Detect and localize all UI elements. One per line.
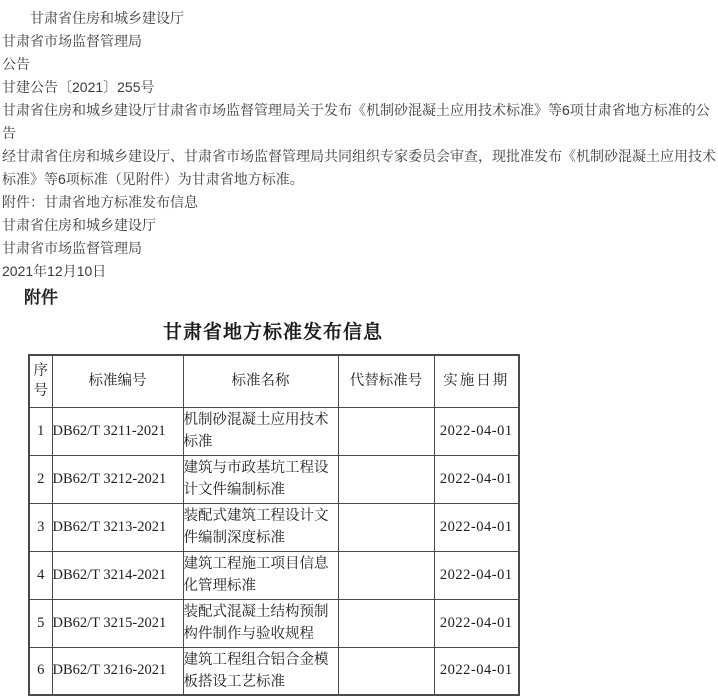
col-header-name: 标准名称 [183, 355, 338, 407]
issuer-line-1: 甘肃省住房和城乡建设厅 [2, 7, 716, 30]
cell-code: DB62/T 3213-2021 [52, 503, 183, 551]
table-row-4: 4 DB62/T 3214-2021 建筑工程施工项目信息化管理标准 2022-… [29, 551, 519, 599]
cell-seq: 2 [29, 455, 52, 503]
notice-date: 2021年12月10日 [2, 260, 716, 283]
cell-date: 2022-04-01 [434, 647, 519, 695]
table-row-1: 1 DB62/T 3211-2021 机制砂混凝土应用技术标准 2022-04-… [29, 407, 519, 455]
cell-replaces [338, 455, 434, 503]
cell-seq: 4 [29, 551, 52, 599]
cell-code: DB62/T 3212-2021 [52, 455, 183, 503]
col-header-date: 实施日期 [434, 355, 519, 407]
cell-code: DB62/T 3215-2021 [52, 599, 183, 647]
cell-name: 装配式混凝土结构预制构件制作与验收规程 [183, 599, 338, 647]
cell-name: 装配式建筑工程设计文件编制深度标准 [183, 503, 338, 551]
col-header-seq: 序号 [29, 355, 52, 407]
table-row-5: 5 DB62/T 3215-2021 装配式混凝土结构预制构件制作与验收规程 2… [29, 599, 519, 647]
cell-date: 2022-04-01 [434, 599, 519, 647]
table-row-2: 2 DB62/T 3212-2021 建筑与市政基坑工程设计文件编制标准 202… [29, 455, 519, 503]
signature-line-1: 甘肃省住房和城乡建设厅 [2, 214, 716, 237]
notice-number: 甘建公告〔2021〕255号 [2, 76, 716, 99]
cell-date: 2022-04-01 [434, 503, 519, 551]
notice-title: 甘肃省住房和城乡建设厅甘肃省市场监督管理局关于发布《机制砂混凝土应用技术标准》等… [2, 99, 716, 145]
col-header-code: 标准编号 [52, 355, 183, 407]
table-row-3: 3 DB62/T 3213-2021 装配式建筑工程设计文件编制深度标准 202… [29, 503, 519, 551]
cell-name: 建筑工程组合铝合金模板搭设工艺标准 [183, 647, 338, 695]
cell-name: 建筑与市政基坑工程设计文件编制标准 [183, 455, 338, 503]
notice-body: 经甘肃省住房和城乡建设厅、甘肃省市场监督管理局共同组织专家委员会审查，现批准发布… [2, 145, 716, 191]
cell-date: 2022-04-01 [434, 407, 519, 455]
issuer-line-2: 甘肃省市场监督管理局 [2, 30, 716, 53]
table-row-6: 6 DB62/T 3216-2021 建筑工程组合铝合金模板搭设工艺标准 202… [29, 647, 519, 695]
cell-name: 机制砂混凝土应用技术标准 [183, 407, 338, 455]
notice-type: 公告 [2, 53, 716, 76]
col-header-replaces: 代替标准号 [338, 355, 434, 407]
cell-replaces [338, 647, 434, 695]
cell-seq: 1 [29, 407, 52, 455]
table-title: 甘肃省地方标准发布信息 [28, 321, 518, 345]
annex-heading: 附件 [24, 288, 718, 308]
standards-table-area: 甘肃省地方标准发布信息 序号 标准编号 标准名称 代替标准号 实施日期 1 DB… [28, 321, 518, 696]
signature-line-2: 甘肃省市场监督管理局 [2, 237, 716, 260]
cell-code: DB62/T 3211-2021 [52, 407, 183, 455]
standards-table: 序号 标准编号 标准名称 代替标准号 实施日期 1 DB62/T 3211-20… [28, 354, 520, 696]
cell-date: 2022-04-01 [434, 455, 519, 503]
cell-code: DB62/T 3214-2021 [52, 551, 183, 599]
cell-code: DB62/T 3216-2021 [52, 647, 183, 695]
cell-name: 建筑工程施工项目信息化管理标准 [183, 551, 338, 599]
cell-replaces [338, 503, 434, 551]
cell-replaces [338, 599, 434, 647]
table-header-row: 序号 标准编号 标准名称 代替标准号 实施日期 [29, 355, 519, 407]
cell-seq: 5 [29, 599, 52, 647]
cell-replaces [338, 407, 434, 455]
cell-seq: 6 [29, 647, 52, 695]
announcement-document: 甘肃省住房和城乡建设厅 甘肃省市场监督管理局 公告 甘建公告〔2021〕255号… [0, 0, 718, 283]
cell-replaces [338, 551, 434, 599]
cell-date: 2022-04-01 [434, 551, 519, 599]
attachment-reference: 附件：甘肃省地方标准发布信息 [2, 191, 716, 214]
cell-seq: 3 [29, 503, 52, 551]
